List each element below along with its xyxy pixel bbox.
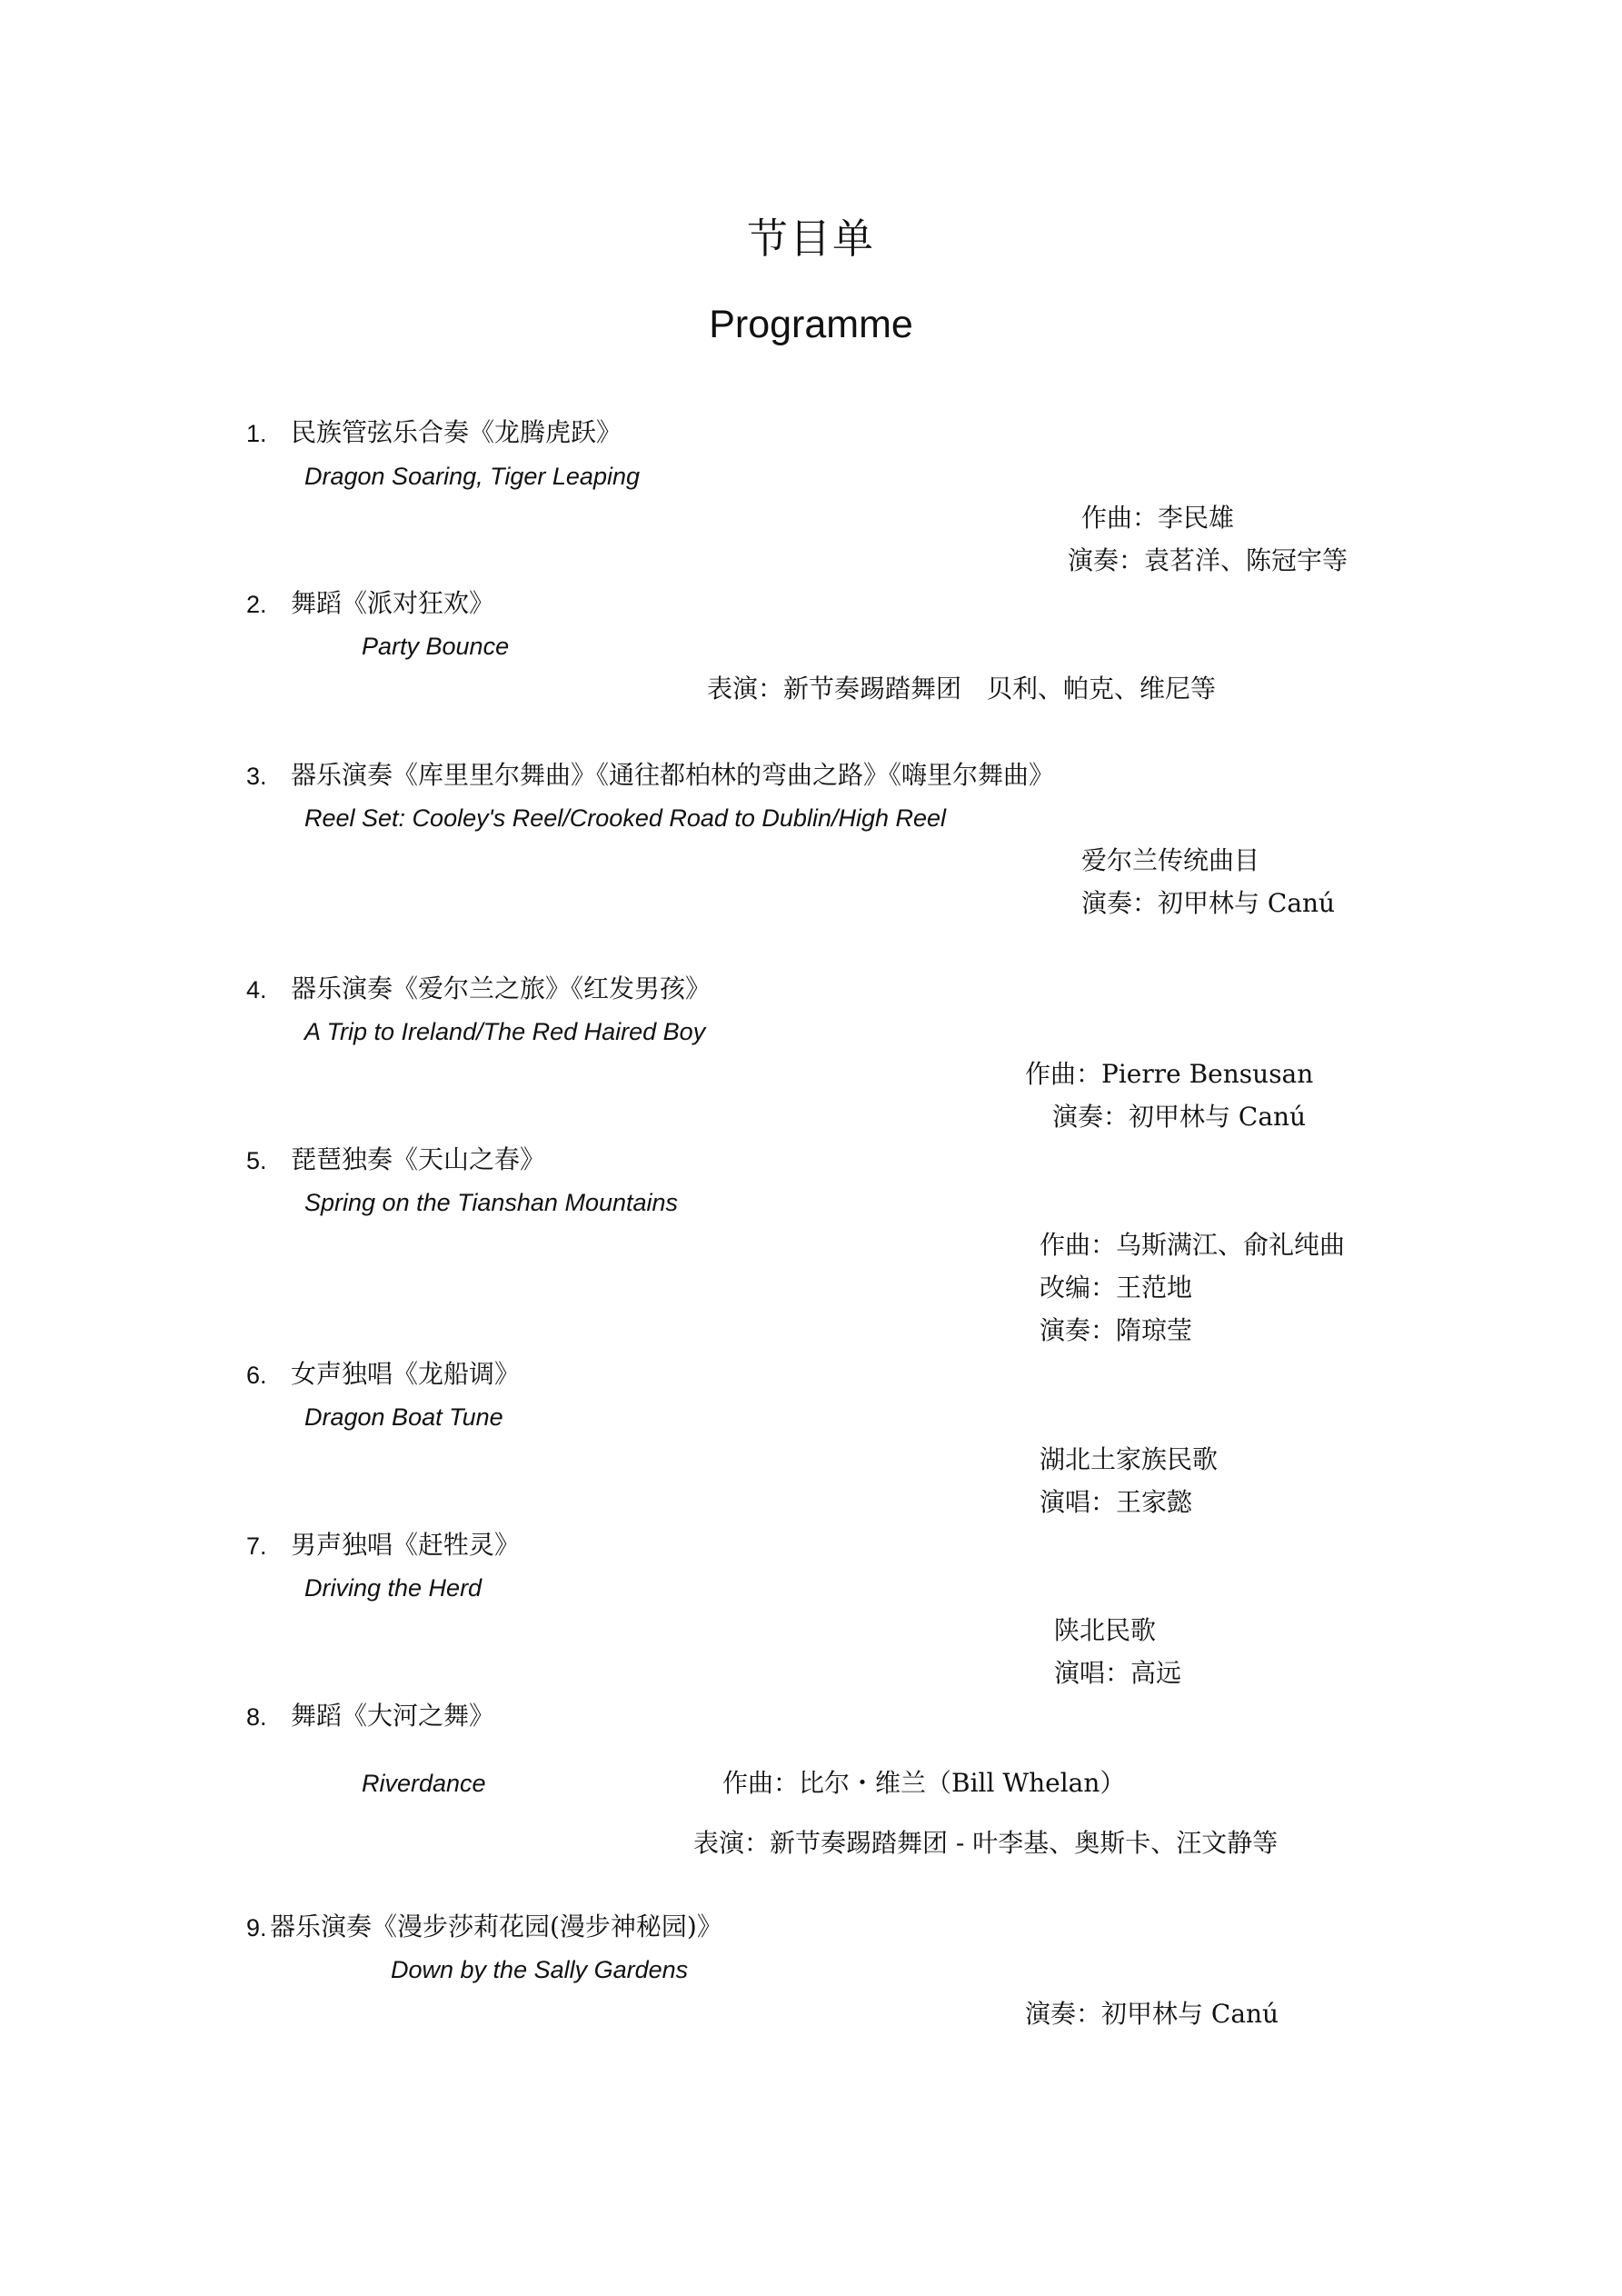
item-number: 3.: [246, 764, 267, 789]
item-title-english: Spring on the Tianshan Mountains: [304, 1191, 678, 1215]
item-credit: 演奏：隋琼莹: [1040, 1318, 1192, 1343]
item-credit: 作曲：李民雄: [1081, 505, 1234, 531]
item-title-chinese: 女声独唱《龙船调》: [291, 1362, 520, 1387]
item-title-chinese: 器乐演奏《爱尔兰之旅》《红发男孩》: [291, 976, 711, 1002]
item-title-english: Riverdance: [362, 1772, 486, 1796]
item-credit: 陕北民歌: [1054, 1618, 1156, 1643]
item-credit: 表演：新节奏踢踏舞团 - 叶李基、奥斯卡、汪文静等: [693, 1831, 1278, 1856]
item-number: 9.: [246, 1916, 267, 1941]
item-credit: 表演：新节奏踢踏舞团 贝利、帕克、维尼等: [707, 676, 1216, 702]
item-number: 8.: [246, 1705, 267, 1730]
item-title-chinese: 舞蹈《派对狂欢》: [291, 591, 494, 616]
item-title-chinese: 男声独唱《赶牲灵》: [291, 1532, 520, 1558]
item-title-english: Dragon Boat Tune: [304, 1405, 503, 1430]
item-credit: 湖北土家族民歌: [1040, 1447, 1218, 1472]
item-number: 4.: [246, 978, 267, 1003]
item-title-english: Driving the Herd: [304, 1576, 482, 1601]
item-credit: 作曲：Pierre Bensusan: [1025, 1062, 1313, 1087]
item-title-chinese: 舞蹈《大河之舞》: [291, 1703, 494, 1729]
item-credit: 作曲：乌斯满江、俞礼纯曲: [1040, 1233, 1345, 1258]
item-title-chinese: 器乐演奏《库里里尔舞曲》《通往都柏林的弯曲之路》《嗨里尔舞曲》: [291, 763, 1054, 788]
item-number: 5.: [246, 1149, 267, 1173]
item-credit: 改编：王范地: [1040, 1275, 1192, 1301]
item-number: 2.: [246, 593, 267, 617]
item-credit: 演奏：初甲林与 Canú: [1025, 2002, 1279, 2027]
item-title-chinese: 器乐演奏《漫步莎莉花园(漫步神秘园)》: [270, 1914, 722, 1940]
item-credit: 演奏：初甲林与 Canú: [1052, 1104, 1306, 1130]
item-title-english: Down by the Sally Gardens: [391, 1958, 688, 1982]
item-title-chinese: 民族管弦乐合奏《龙腾虎跃》: [291, 420, 622, 445]
item-credit: 作曲：比尔・维兰（Bill Whelan）: [722, 1771, 1125, 1796]
item-title-english: A Trip to Ireland/The Red Haired Boy: [304, 1020, 705, 1044]
item-number: 1.: [246, 422, 267, 446]
page-title-english: Programme: [0, 305, 1622, 344]
item-title-chinese: 琵琶独奏《天山之春》: [291, 1147, 545, 1173]
item-number: 6.: [246, 1363, 267, 1388]
item-number: 7.: [246, 1534, 267, 1559]
programme-page: 节目单 Programme 1. 民族管弦乐合奏《龙腾虎跃》 Dragon So…: [0, 0, 1622, 2296]
item-title-english: Dragon Soaring, Tiger Leaping: [304, 464, 640, 489]
page-title-chinese: 节目单: [0, 218, 1622, 259]
item-credit: 爱尔兰传统曲目: [1081, 848, 1259, 873]
item-title-english: Reel Set: Cooley's Reel/Crooked Road to …: [304, 806, 946, 831]
item-credit: 演唱：王家懿: [1040, 1490, 1192, 1515]
item-credit: 演奏：袁茗洋、陈冠宇等: [1068, 548, 1348, 574]
item-credit: 演唱：高远: [1054, 1661, 1181, 1686]
item-credit: 演奏：初甲林与 Canú: [1081, 891, 1335, 916]
item-title-english: Party Bounce: [362, 634, 509, 659]
